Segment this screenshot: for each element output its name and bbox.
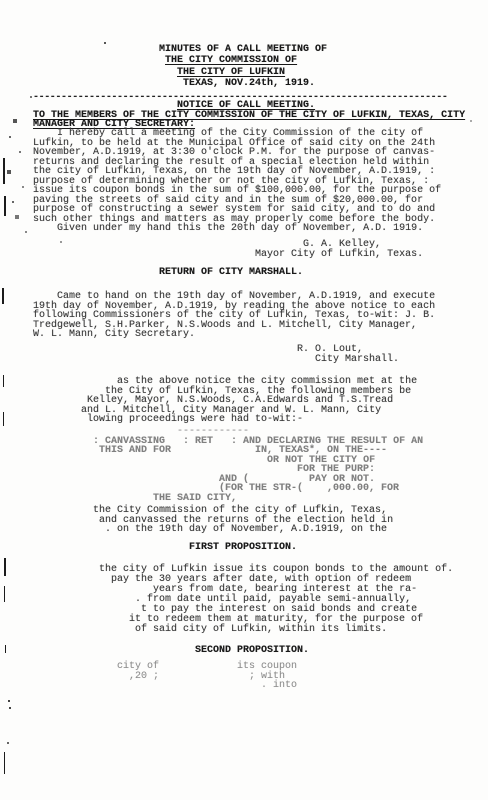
scan-artifact-bar — [4, 586, 5, 602]
scan-artifact-bar — [4, 196, 6, 216]
text-line: MINUTES OF A CALL MEETING OF — [33, 44, 327, 55]
notice-heading: NOTICE OF CALL MEETING.TO THE MEMBERS OF… — [33, 101, 465, 130]
text-line: RETURN OF CITY MARSHALL. — [33, 268, 303, 278]
scan-artifact-bar — [4, 752, 5, 774]
text-line: FIRST PROPOSITION. — [33, 543, 297, 553]
mayor-signature: G. A. Kelley, Mayor City of Lufkin, Texa… — [33, 240, 423, 259]
marshall-signature: R. O. Lout, City Marshall. — [33, 345, 399, 364]
commission-meeting-paragraph: as the above notice the city commission … — [33, 377, 417, 425]
text-line: . into — [33, 681, 297, 691]
scan-artifact-bar — [3, 158, 5, 184]
scan-artifact-bar — [4, 558, 6, 576]
canvass-returns-paragraph: the City Commission of the city of Lufki… — [33, 506, 393, 535]
text-line: . on the 19th day of November, A.D.1919,… — [33, 525, 393, 535]
text-line: lowing proceedings were had to-wit:- — [33, 415, 417, 425]
text-line: THE CITY OF LUFKIN — [33, 67, 327, 78]
text-line: SECOND PROPOSITION. — [33, 646, 309, 656]
first-proposition-heading: FIRST PROPOSITION. — [33, 543, 297, 553]
notice-paragraph: I hereby call a meeting of the City Comm… — [33, 129, 441, 234]
text-line: Mayor City of Lufkin, Texas. — [33, 250, 423, 260]
scan-artifact-bar — [3, 412, 4, 426]
marshall-return-paragraph: Came to hand on the 19th day of November… — [33, 292, 435, 340]
scan-artifact-bar — [3, 375, 4, 387]
return-of-marshall-heading: RETURN OF CITY MARSHALL. — [33, 268, 303, 278]
first-proposition-paragraph: the city of Lufkin issue its coupon bond… — [33, 565, 453, 635]
doc-title-block: MINUTES OF A CALL MEETING OF THE CITY CO… — [33, 44, 327, 89]
scanned-document-page: MINUTES OF A CALL MEETING OF THE CITY CO… — [0, 0, 488, 800]
text-line: W. L. Mann, City Secretary. — [33, 330, 435, 340]
scan-artifact-bar — [5, 645, 6, 653]
text-line: THE SAID CITY, — [33, 494, 423, 504]
second-proposition-fragments: city of its coupon ,20 ; ; with . into — [33, 662, 297, 691]
text-line: City Marshall. — [33, 355, 399, 365]
text-line: THE CITY COMMISSION OF — [33, 55, 327, 66]
text-line: Given under my hand this the 20th day of… — [33, 224, 441, 234]
scan-artifact-bar — [2, 288, 4, 304]
text-line: TEXAS, NOV.24th, 1919. — [33, 78, 327, 89]
canvassing-heading-fragments: ------------ : CANVASSING : RET : AND DE… — [33, 427, 423, 503]
second-proposition-heading: SECOND PROPOSITION. — [33, 646, 309, 656]
scan-speckle-noise — [0, 0, 2, 2]
text-line: of said city of Lufkin, within its limit… — [33, 625, 453, 635]
